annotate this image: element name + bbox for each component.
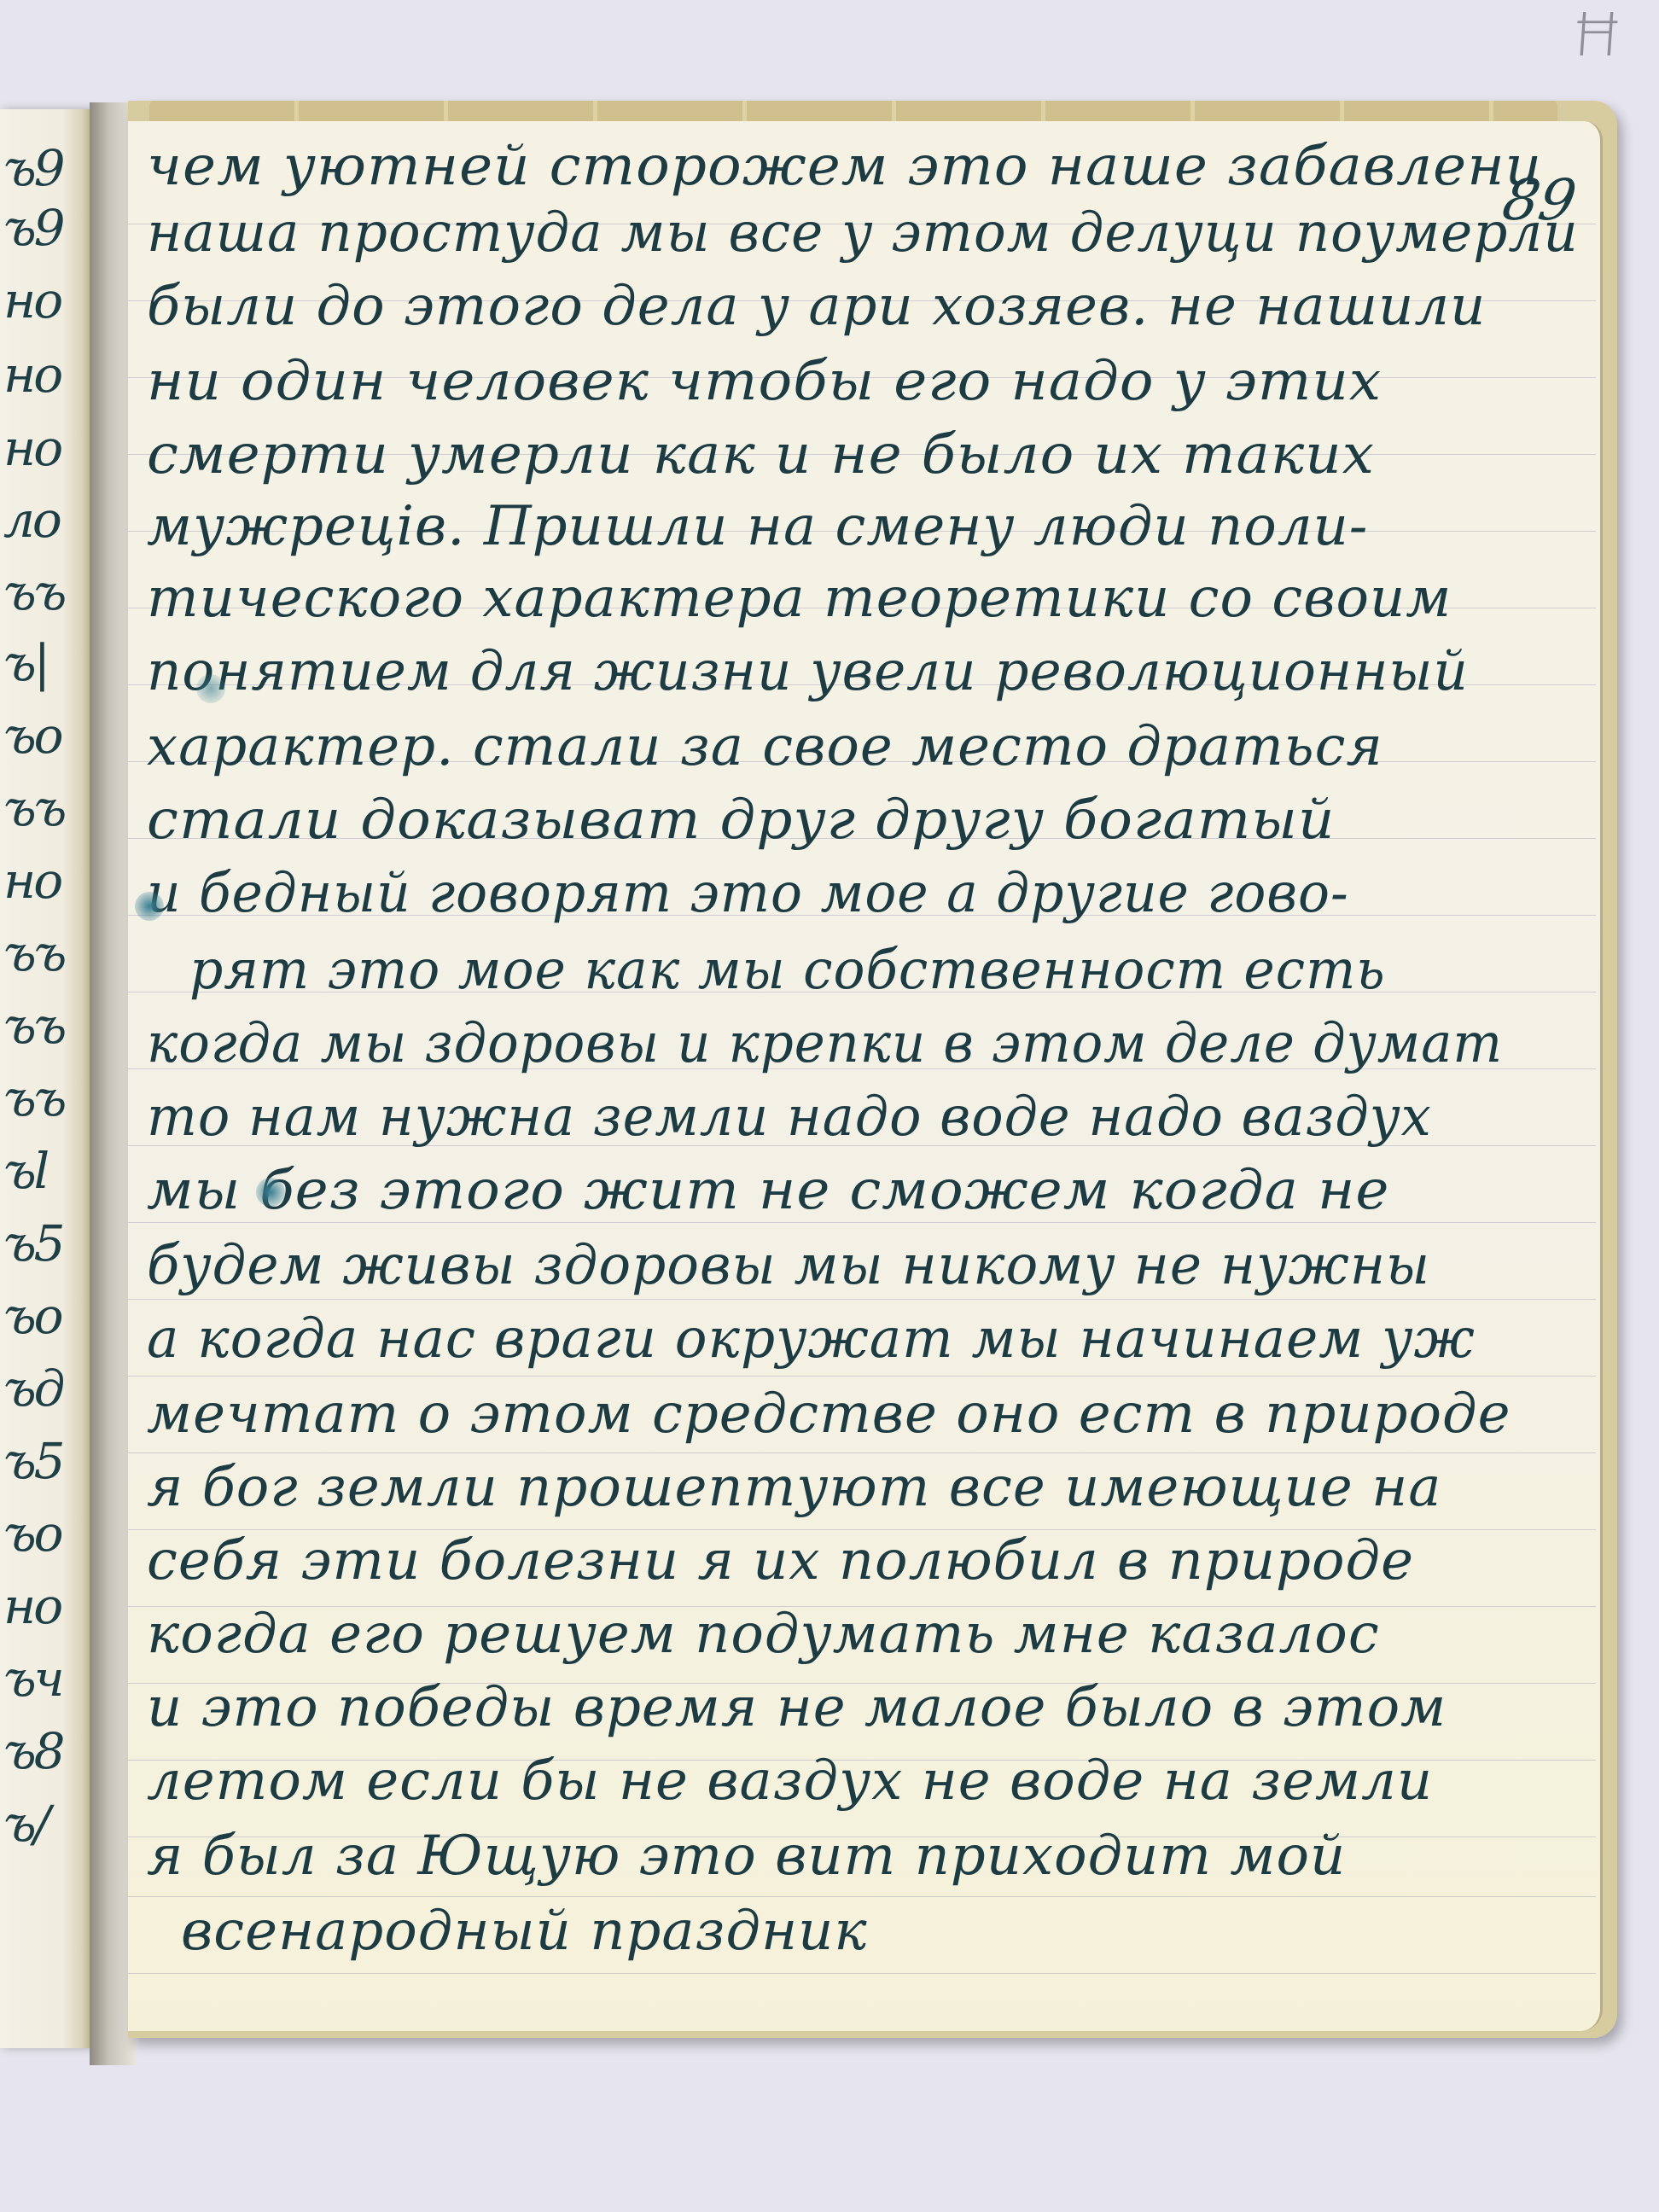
text-line: я бог земли прошептуют все имеющие на [147,1449,1441,1526]
ink-blot [196,674,225,703]
text-line: и это победы время не малое было в этом [147,1669,1447,1746]
left-fragment: но [3,350,61,399]
left-fragment: ъъ [3,928,64,978]
left-fragment: ъо [3,711,61,760]
ink-blot [256,1178,285,1207]
text-line: наша простуда мы все у этом делуци поуме… [147,195,1579,271]
text-line: тического характера теоретики со своим [147,560,1452,637]
left-fragment: ъ9 [3,203,63,253]
left-fragment: ъо [3,1291,61,1341]
left-fragment: но [3,856,61,905]
text-line: и бедный говорят это мое а другие гово- [147,855,1349,932]
text-line: были до этого дела у ари хозяев. не наши… [147,268,1486,345]
left-fragment: ъ9 [3,143,63,193]
left-fragment: ъ| [3,638,48,688]
text-line: смерти умерли как и не было их таких [147,416,1375,493]
text-line: когда мы здоровы и крепки в этом деле ду… [147,1005,1503,1082]
ink-blot [135,892,164,921]
text-line: всенародный праздник [181,1893,868,1970]
ruled-line [128,1973,1596,1974]
left-fragment: но [3,423,61,473]
left-fragment: ъд [3,1364,62,1413]
text-line: мечтат о этом средстве оно ест в природе [147,1376,1511,1452]
text-line: чем уютней сторожем это наше забавлени [147,128,1542,205]
left-fragment: ъч [3,1654,62,1703]
text-line: то нам нужна земли надо воде надо ваздух [147,1079,1432,1155]
left-fragment: ъ8 [3,1726,63,1776]
text-line: себя эти болезни я их полюбил в природе [147,1522,1414,1599]
left-fragment: ъ5 [3,1436,63,1486]
text-line: летом если бы не ваздух не воде на земли [147,1743,1433,1819]
left-fragment: ъъ [3,1074,64,1123]
left-fragment: но [3,1581,61,1631]
text-line: мы без этого жит не сможем когда не [147,1152,1389,1229]
text-line: характер. стали за свое место драться [147,708,1383,785]
text-line: когда его решуем подумать мне казалос [147,1596,1380,1673]
left-fragment: ъ5 [3,1219,63,1268]
text-line: понятием для жизни увели революционный [147,633,1469,710]
left-fragment: ъl [3,1146,47,1196]
text-line: мужреців. Пришли на смену люди поли- [147,488,1368,565]
left-fragment: ъ/ [3,1799,48,1848]
left-fragment: но [3,276,61,325]
left-fragment: ъъ [3,783,64,833]
text-line: будем живы здоровы мы никому не нужны [147,1227,1430,1304]
text-line: ни один человек чтобы его надо у этих [147,343,1382,420]
left-fragment: ло [3,495,60,544]
text-line: а когда нас враги окружат мы начинаем уж [147,1301,1476,1377]
left-fragment: ъо [3,1509,61,1558]
page-top-edge [149,101,1557,123]
left-fragment: ъъ [3,568,64,617]
pencil-mark: Ħ [1565,0,1659,94]
text-line: стали доказыват друг другу богатый [147,782,1335,859]
left-fragment: ъъ [3,1001,64,1051]
text-line: я был за Ющую это вит приходит мой [147,1818,1346,1895]
text-line: рят это мое как мы собственност есть [189,932,1386,1009]
left-page-edge: ъ9 ъ9 но но но ло ъъ ъ| ъо ъъ но ъъ ъъ ъ… [0,109,91,2048]
